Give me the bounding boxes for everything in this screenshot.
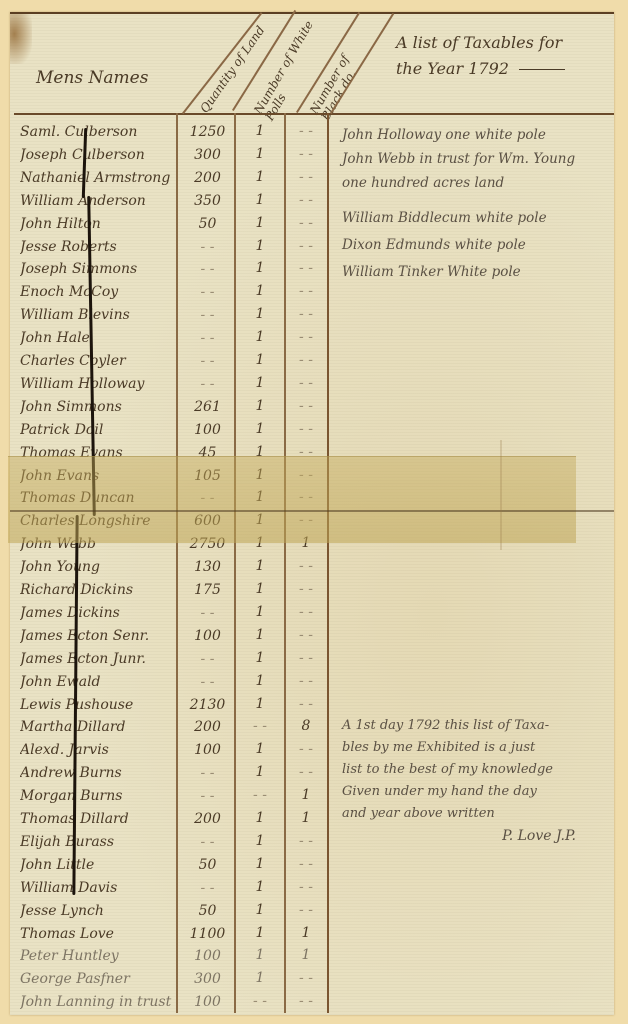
certification-line: and year above written	[342, 803, 612, 825]
table-row: Saml. Culberson12501- -	[0, 122, 330, 146]
row-quantity: 200	[180, 170, 235, 186]
row-quantity: 2130	[180, 697, 235, 713]
table-row: John Hale- -1- -	[0, 328, 330, 352]
fold-crease-vertical	[500, 440, 502, 550]
side-note: William Tinker White pole	[342, 264, 521, 280]
row-white-polls: 1	[238, 741, 282, 757]
row-black-polls: - -	[288, 856, 324, 872]
row-white-polls: 1	[238, 810, 282, 826]
header-mens-names: Mens Names	[36, 68, 148, 88]
row-name: Joseph Culberson	[20, 147, 178, 163]
row-black-polls: 1	[288, 947, 324, 963]
row-black-polls: - -	[288, 650, 324, 666]
table-row: John Young1301- -	[0, 557, 330, 581]
table-row: Jesse Lynch501- -	[0, 901, 330, 925]
row-name: Saml. Culberson	[20, 124, 178, 140]
row-white-polls: 1	[238, 604, 282, 620]
certification-line: bles by me Exhibited is a just	[342, 737, 612, 759]
table-row: Peter Huntley10011	[0, 946, 330, 970]
row-quantity: - -	[180, 284, 235, 300]
row-black-polls: - -	[288, 902, 324, 918]
table-row: Enoch McCoy- -1- -	[0, 282, 330, 306]
row-black-polls: - -	[288, 169, 324, 185]
row-quantity: 300	[180, 971, 235, 987]
row-black-polls: - -	[288, 558, 324, 574]
row-black-polls: - -	[288, 696, 324, 712]
table-row: William Anderson3501- -	[0, 191, 330, 215]
row-white-polls: 1	[238, 833, 282, 849]
row-white-polls: - -	[238, 787, 282, 803]
row-quantity: 50	[180, 903, 235, 919]
row-black-polls: - -	[288, 192, 324, 208]
row-quantity: 261	[180, 399, 235, 415]
row-quantity: - -	[180, 651, 235, 667]
row-black-polls: 8	[288, 718, 324, 734]
row-name: John Ewald	[20, 674, 178, 690]
signature: P. Love J.P.	[342, 825, 612, 847]
row-white-polls: 1	[238, 764, 282, 780]
row-name: William Holloway	[20, 376, 178, 392]
table-row: Morgan Burns- -- -1	[0, 786, 330, 810]
row-quantity: - -	[180, 353, 235, 369]
row-name: Enoch McCoy	[20, 284, 178, 300]
title-line-1: A list of Taxables for	[396, 30, 565, 56]
row-black-polls: - -	[288, 604, 324, 620]
table-row: James Ecton Senr.1001- -	[0, 626, 330, 650]
row-white-polls: 1	[238, 329, 282, 345]
header-top-rule	[10, 12, 614, 14]
row-name: Thomas Dillard	[20, 811, 178, 827]
table-row: William Holloway- -1- -	[0, 374, 330, 398]
row-white-polls: 1	[238, 627, 282, 643]
row-quantity: 50	[180, 216, 235, 232]
row-quantity: - -	[180, 765, 235, 781]
row-black-polls: - -	[288, 879, 324, 895]
row-black-polls: - -	[288, 375, 324, 391]
row-name: James Ecton Junr.	[20, 651, 178, 667]
row-black-polls: 1	[288, 925, 324, 941]
header-bottom-rule	[14, 113, 614, 115]
row-white-polls: 1	[238, 283, 282, 299]
row-name: Patrick Doil	[20, 422, 178, 438]
row-name: William Anderson	[20, 193, 178, 209]
row-quantity: 1250	[180, 124, 235, 140]
row-name: Elijah Burass	[20, 834, 178, 850]
side-note: John Webb in trust for Wm. Young	[342, 151, 575, 167]
row-name: Nathaniel Armstrong	[20, 170, 178, 186]
row-name: James Dickins	[20, 605, 178, 621]
table-row: Richard Dickins1751- -	[0, 580, 330, 604]
row-name: Richard Dickins	[20, 582, 178, 598]
table-row: Joseph Culberson3001- -	[0, 145, 330, 169]
title-year: the Year 1792	[396, 59, 509, 78]
row-white-polls: 1	[238, 146, 282, 162]
row-quantity: - -	[180, 880, 235, 896]
row-quantity: - -	[180, 330, 235, 346]
table-row: Jesse Roberts- -1- -	[0, 237, 330, 261]
row-quantity: - -	[180, 674, 235, 690]
certification-block: A 1st day 1792 this list of Taxa- bles b…	[342, 715, 612, 847]
row-name: James Ecton Senr.	[20, 628, 178, 644]
table-row: Charles Coyler- -1- -	[0, 351, 330, 375]
certification-line: Given under my hand the day	[342, 781, 612, 803]
table-row: John Hilton501- -	[0, 214, 330, 238]
row-quantity: - -	[180, 376, 235, 392]
row-black-polls: - -	[288, 764, 324, 780]
row-white-polls: 1	[238, 696, 282, 712]
row-black-polls: - -	[288, 352, 324, 368]
row-white-polls: 1	[238, 673, 282, 689]
fold-crease	[10, 510, 614, 512]
row-white-polls: - -	[238, 718, 282, 734]
row-name: John Lanning in trust	[20, 994, 178, 1010]
row-black-polls: - -	[288, 398, 324, 414]
row-quantity: - -	[180, 834, 235, 850]
row-quantity: 300	[180, 147, 235, 163]
document-title: A list of Taxables for the Year 1792	[396, 30, 565, 82]
row-black-polls: - -	[288, 970, 324, 986]
row-name: Jesse Roberts	[20, 239, 178, 255]
row-white-polls: 1	[238, 398, 282, 414]
row-name: Jesse Lynch	[20, 903, 178, 919]
row-white-polls: 1	[238, 970, 282, 986]
table-row: Joseph Simmons- -1- -	[0, 259, 330, 283]
row-name: Joseph Simmons	[20, 261, 178, 277]
row-quantity: 200	[180, 811, 235, 827]
certification-line: list to the best of my knowledge	[342, 759, 612, 781]
row-white-polls: 1	[238, 352, 282, 368]
row-quantity: 200	[180, 719, 235, 735]
table-row: George Pasfner3001- -	[0, 969, 330, 993]
row-white-polls: 1	[238, 238, 282, 254]
table-row: Thomas Love110011	[0, 924, 330, 948]
row-name: Morgan Burns	[20, 788, 178, 804]
table-row: Andrew Burns- -1- -	[0, 763, 330, 787]
row-quantity: - -	[180, 239, 235, 255]
table-row: John Ewald- -1- -	[0, 672, 330, 696]
row-black-polls: - -	[288, 306, 324, 322]
table-row: John Lanning in trust100- -- -	[0, 992, 330, 1016]
row-white-polls: 1	[238, 375, 282, 391]
row-quantity: 100	[180, 948, 235, 964]
row-black-polls: - -	[288, 238, 324, 254]
row-quantity: 100	[180, 628, 235, 644]
table-row: John Little501- -	[0, 855, 330, 879]
row-black-polls: - -	[288, 329, 324, 345]
table-row: William Davis- -1- -	[0, 878, 330, 902]
row-name: John Little	[20, 857, 178, 873]
table-row: Patrick Doil1001- -	[0, 420, 330, 444]
row-quantity: - -	[180, 307, 235, 323]
row-black-polls: - -	[288, 421, 324, 437]
table-row: Alexd. Jarvis1001- -	[0, 740, 330, 764]
row-black-polls: - -	[288, 581, 324, 597]
row-quantity: 130	[180, 559, 235, 575]
row-name: John Young	[20, 559, 178, 575]
row-white-polls: 1	[238, 925, 282, 941]
row-name: Peter Huntley	[20, 948, 178, 964]
table-row: William Blevins- -1- -	[0, 305, 330, 329]
table-row: Thomas Dillard20011	[0, 809, 330, 833]
table-row: Martha Dillard200- -8	[0, 717, 330, 741]
table-row: Lewis Pushouse21301- -	[0, 695, 330, 719]
row-white-polls: 1	[238, 215, 282, 231]
row-quantity: - -	[180, 261, 235, 277]
table-row: James Dickins- -1- -	[0, 603, 330, 627]
row-name: Lewis Pushouse	[20, 697, 178, 713]
row-quantity: 350	[180, 193, 235, 209]
title-dash	[519, 69, 565, 70]
row-black-polls: - -	[288, 627, 324, 643]
row-black-polls: - -	[288, 123, 324, 139]
title-line-2: the Year 1792	[396, 56, 565, 82]
row-black-polls: - -	[288, 283, 324, 299]
row-black-polls: - -	[288, 673, 324, 689]
row-name: Martha Dillard	[20, 719, 178, 735]
row-black-polls: - -	[288, 741, 324, 757]
row-name: John Hilton	[20, 216, 178, 232]
row-white-polls: 1	[238, 169, 282, 185]
row-white-polls: 1	[238, 650, 282, 666]
row-black-polls: 1	[288, 787, 324, 803]
row-white-polls: 1	[238, 558, 282, 574]
row-name: William Blevins	[20, 307, 178, 323]
row-white-polls: - -	[238, 993, 282, 1009]
row-quantity: 100	[180, 422, 235, 438]
side-note: William Biddlecum white pole	[342, 210, 547, 226]
row-black-polls: - -	[288, 833, 324, 849]
row-quantity: 50	[180, 857, 235, 873]
row-white-polls: 1	[238, 123, 282, 139]
row-name: William Davis	[20, 880, 178, 896]
side-note: one hundred acres land	[342, 175, 504, 191]
side-note: Dixon Edmunds white pole	[342, 237, 526, 253]
certification-line: A 1st day 1792 this list of Taxa-	[342, 715, 612, 737]
table-row: John Simmons2611- -	[0, 397, 330, 421]
row-name: Andrew Burns	[20, 765, 178, 781]
row-quantity: - -	[180, 605, 235, 621]
table-row: Nathaniel Armstrong2001- -	[0, 168, 330, 192]
row-black-polls: - -	[288, 146, 324, 162]
row-quantity: 1100	[180, 926, 235, 942]
row-white-polls: 1	[238, 902, 282, 918]
water-stain	[10, 14, 32, 64]
row-quantity: 175	[180, 582, 235, 598]
row-white-polls: 1	[238, 581, 282, 597]
row-quantity: 100	[180, 742, 235, 758]
table-row: Elijah Burass- -1- -	[0, 832, 330, 856]
row-black-polls: - -	[288, 993, 324, 1009]
side-note: John Holloway one white pole	[342, 127, 546, 143]
row-white-polls: 1	[238, 947, 282, 963]
row-white-polls: 1	[238, 856, 282, 872]
repair-tape	[8, 456, 576, 543]
row-white-polls: 1	[238, 879, 282, 895]
table-row: James Ecton Junr.- -1- -	[0, 649, 330, 673]
row-name: John Hale	[20, 330, 178, 346]
row-name: George Pasfner	[20, 971, 178, 987]
row-name: Thomas Love	[20, 926, 178, 942]
row-name: John Simmons	[20, 399, 178, 415]
row-white-polls: 1	[238, 421, 282, 437]
row-black-polls: - -	[288, 260, 324, 276]
row-white-polls: 1	[238, 306, 282, 322]
row-white-polls: 1	[238, 192, 282, 208]
row-black-polls: - -	[288, 215, 324, 231]
row-name: Alexd. Jarvis	[20, 742, 178, 758]
row-quantity: - -	[180, 788, 235, 804]
row-black-polls: 1	[288, 810, 324, 826]
row-quantity: 100	[180, 994, 235, 1010]
row-white-polls: 1	[238, 260, 282, 276]
row-name: Charles Coyler	[20, 353, 178, 369]
